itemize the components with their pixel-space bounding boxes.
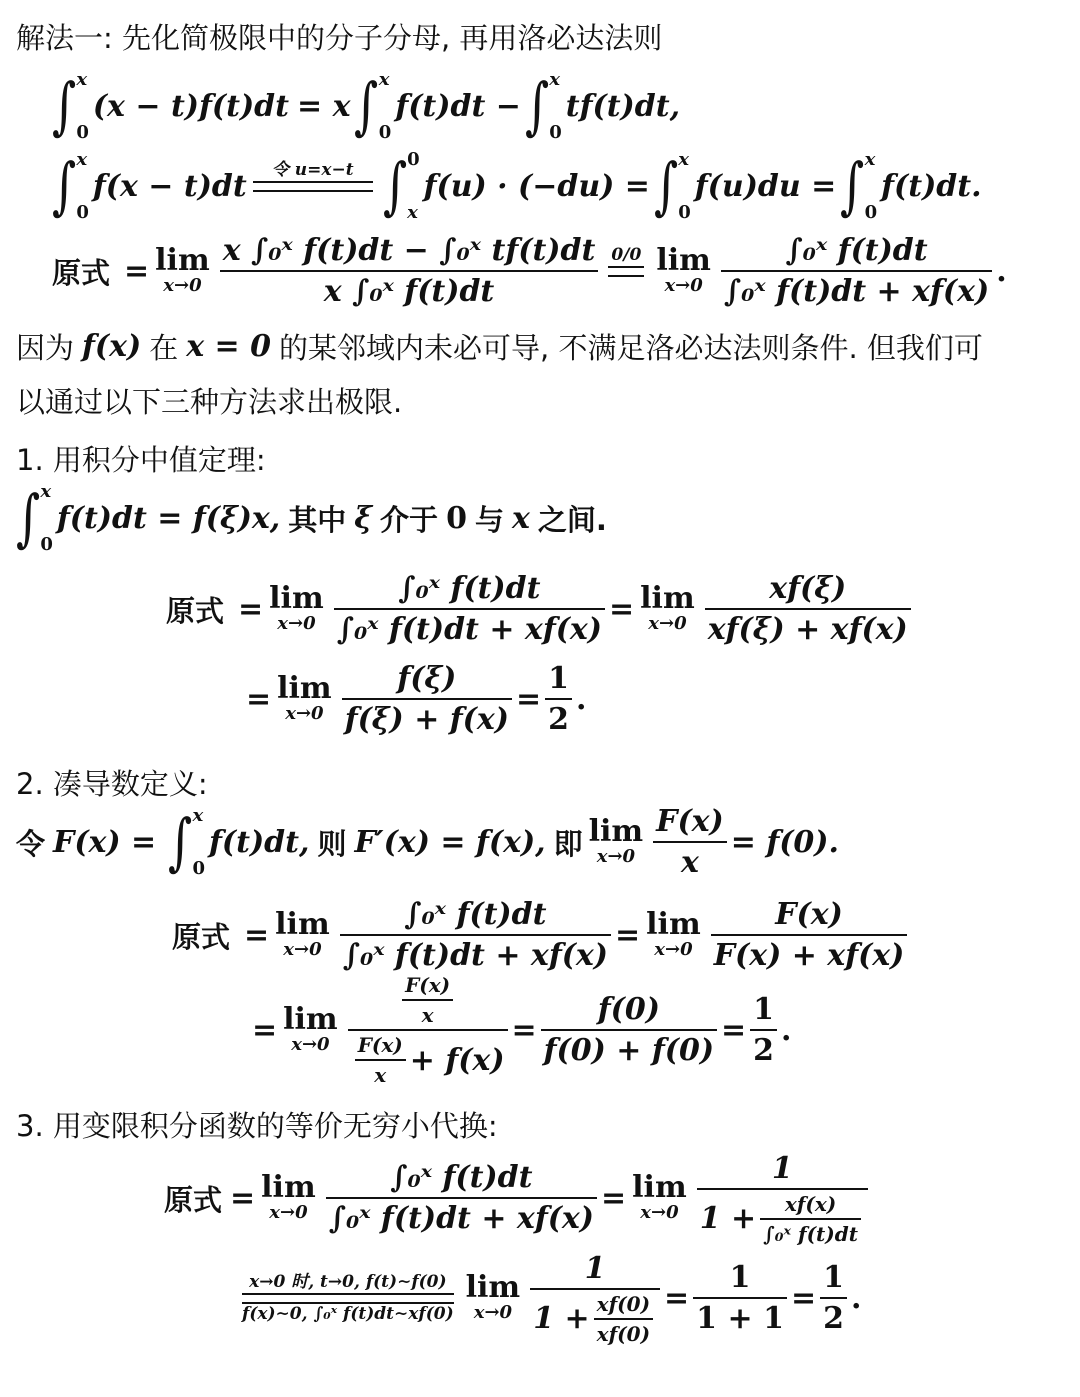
substitution-equals: 令 u=x−t bbox=[253, 161, 373, 211]
limit: limx→0 bbox=[277, 674, 332, 724]
equals: = bbox=[124, 254, 149, 289]
limit: limx→0 bbox=[155, 246, 210, 296]
fraction: ∫₀ˣ f(t)dt∫₀ˣ f(t)dt + xf(x) bbox=[334, 571, 605, 647]
limit: limx→0 bbox=[275, 910, 330, 960]
fraction: xf(ξ)xf(ξ) + xf(x) bbox=[705, 571, 911, 647]
limit: limx→0 bbox=[269, 584, 324, 634]
fraction: ∫₀ˣ f(t)dt∫₀ˣ f(t)dt + xf(x) bbox=[326, 1160, 597, 1236]
rhs-prefix: = x bbox=[297, 89, 350, 124]
compound-fraction: 1 1 +xf(0)xf(0) bbox=[530, 1251, 660, 1346]
integrand: f(u)du = bbox=[695, 169, 836, 204]
fraction: F(x)F(x) + xf(x) bbox=[711, 897, 908, 973]
method-3-title: 3. 用变限积分函数的等价无穷小代换: bbox=[16, 1104, 498, 1145]
limit: limx→0 bbox=[646, 910, 701, 960]
method-3-result-line-2: x→0 时, t→0, f(t)∼f(0)f(x)∼0, ∫₀ˣ f(t)dt∼… bbox=[236, 1250, 861, 1346]
fraction-one-half: 12 bbox=[545, 661, 572, 737]
method-2-result-line-2: = limx→0 F(x)x F(x)x+ f(x) = f(0)f(0) + … bbox=[252, 982, 792, 1078]
mean-value-statement: ∫x0 f(t)dt = f(ξ)x, 其中 ξ 介于 0 与 x 之间. bbox=[12, 478, 607, 558]
method-2-title: 2. 凑导数定义: bbox=[16, 762, 208, 803]
limit: limx→0 bbox=[283, 1005, 338, 1055]
limit: limx→0 bbox=[466, 1273, 521, 1323]
fraction-one-half: 12 bbox=[750, 992, 777, 1068]
compound-fraction: 1 1 +xf(x)∫₀ˣ f(t)dt bbox=[697, 1151, 868, 1246]
solution-heading: 解法一: 先化简极限中的分子分母, 再用洛必达法则 bbox=[16, 16, 662, 57]
method-2-result-line-1: 原式 = limx→0 ∫₀ˣ f(t)dt∫₀ˣ f(t)dt + xf(x)… bbox=[172, 892, 911, 978]
integrand: (x − t)f(t)dt bbox=[93, 89, 289, 124]
integral-sign: ∫0x bbox=[379, 149, 420, 223]
equation-split-integral: ∫x0 (x − t)f(t)dt = x ∫x0 f(t)dt − ∫x0 t… bbox=[48, 66, 680, 146]
integrand: tf(t)dt, bbox=[566, 89, 680, 124]
limit: limx→0 bbox=[632, 1173, 687, 1223]
limit: limx→0 bbox=[640, 584, 695, 634]
fraction-one-half: 12 bbox=[820, 1260, 847, 1336]
fraction: f(ξ)f(ξ) + f(x) bbox=[342, 661, 512, 737]
equivalence-equals: x→0 时, t→0, f(t)∼f(0)f(x)∼0, ∫₀ˣ f(t)dt∼… bbox=[242, 1273, 454, 1323]
explanation-line-2: 以通过以下三种方法求出极限. bbox=[16, 380, 402, 421]
heading-text: 解法一: 先化简极限中的分子分母, 再用洛必达法则 bbox=[16, 16, 662, 57]
integral-sign: ∫x0 bbox=[48, 69, 89, 143]
compound-fraction: F(x)x F(x)x+ f(x) bbox=[348, 973, 508, 1087]
fraction: ∫₀ˣ f(t)dt∫₀ˣ f(t)dt + xf(x) bbox=[721, 233, 992, 309]
integrand: f(t)dt − bbox=[395, 89, 521, 124]
fx-math: f(x) bbox=[82, 329, 141, 364]
derivative-definition: 令 F(x) = ∫x0 f(t)dt, 则 F′(x) = f(x), 即 l… bbox=[16, 802, 839, 882]
fraction: F(x)x bbox=[653, 804, 727, 880]
integral-sign: ∫x0 bbox=[836, 149, 877, 223]
integrand: f(u) · (−du) = bbox=[424, 169, 650, 204]
equation-original-limit: 原式 = limx→0 x ∫₀ˣ f(t)dt − ∫₀ˣ tf(t)dtx … bbox=[52, 228, 1007, 314]
integral-sign: ∫x0 bbox=[12, 481, 53, 555]
fraction: f(0)f(0) + f(0) bbox=[541, 992, 717, 1068]
integral-sign: ∫x0 bbox=[650, 149, 691, 223]
method-1-title: 1. 用积分中值定理: bbox=[16, 438, 266, 479]
limit: limx→0 bbox=[656, 246, 711, 296]
fraction: 11 + 1 bbox=[693, 1260, 787, 1336]
integral-sign: ∫x0 bbox=[164, 805, 205, 879]
period: . bbox=[996, 254, 1006, 289]
x0-math: x = 0 bbox=[186, 329, 271, 364]
lhopital-equals: 0/0 bbox=[608, 246, 644, 296]
fraction: x ∫₀ˣ f(t)dt − ∫₀ˣ tf(t)dtx ∫₀ˣ f(t)dt bbox=[220, 233, 599, 309]
limit: limx→0 bbox=[589, 817, 644, 867]
integrand: f(t)dt. bbox=[881, 169, 981, 204]
limit: limx→0 bbox=[261, 1173, 316, 1223]
method-1-result-line-2: = limx→0 f(ξ)f(ξ) + f(x) = 12 . bbox=[246, 656, 586, 742]
integrand: f(x − t)dt bbox=[93, 169, 247, 204]
explanation-line-1: 因为 f(x) 在 x = 0 的某邻域内未必可导, 不满足洛必达法则条件. 但… bbox=[16, 326, 983, 367]
integral-sign: ∫x0 bbox=[521, 69, 562, 143]
integral-sign: ∫x0 bbox=[350, 69, 391, 143]
equation-substitution: ∫x0 f(x − t)dt 令 u=x−t ∫0x f(u) · (−du) … bbox=[48, 146, 982, 226]
label-original: 原式 bbox=[52, 251, 110, 292]
fraction: ∫₀ˣ f(t)dt∫₀ˣ f(t)dt + xf(x) bbox=[340, 897, 611, 973]
method-1-result-line-1: 原式 = limx→0 ∫₀ˣ f(t)dt∫₀ˣ f(t)dt + xf(x)… bbox=[166, 566, 915, 652]
method-3-result-line-1: 原式 = limx→0 ∫₀ˣ f(t)dt∫₀ˣ f(t)dt + xf(x)… bbox=[164, 1150, 872, 1246]
integral-sign: ∫x0 bbox=[48, 149, 89, 223]
